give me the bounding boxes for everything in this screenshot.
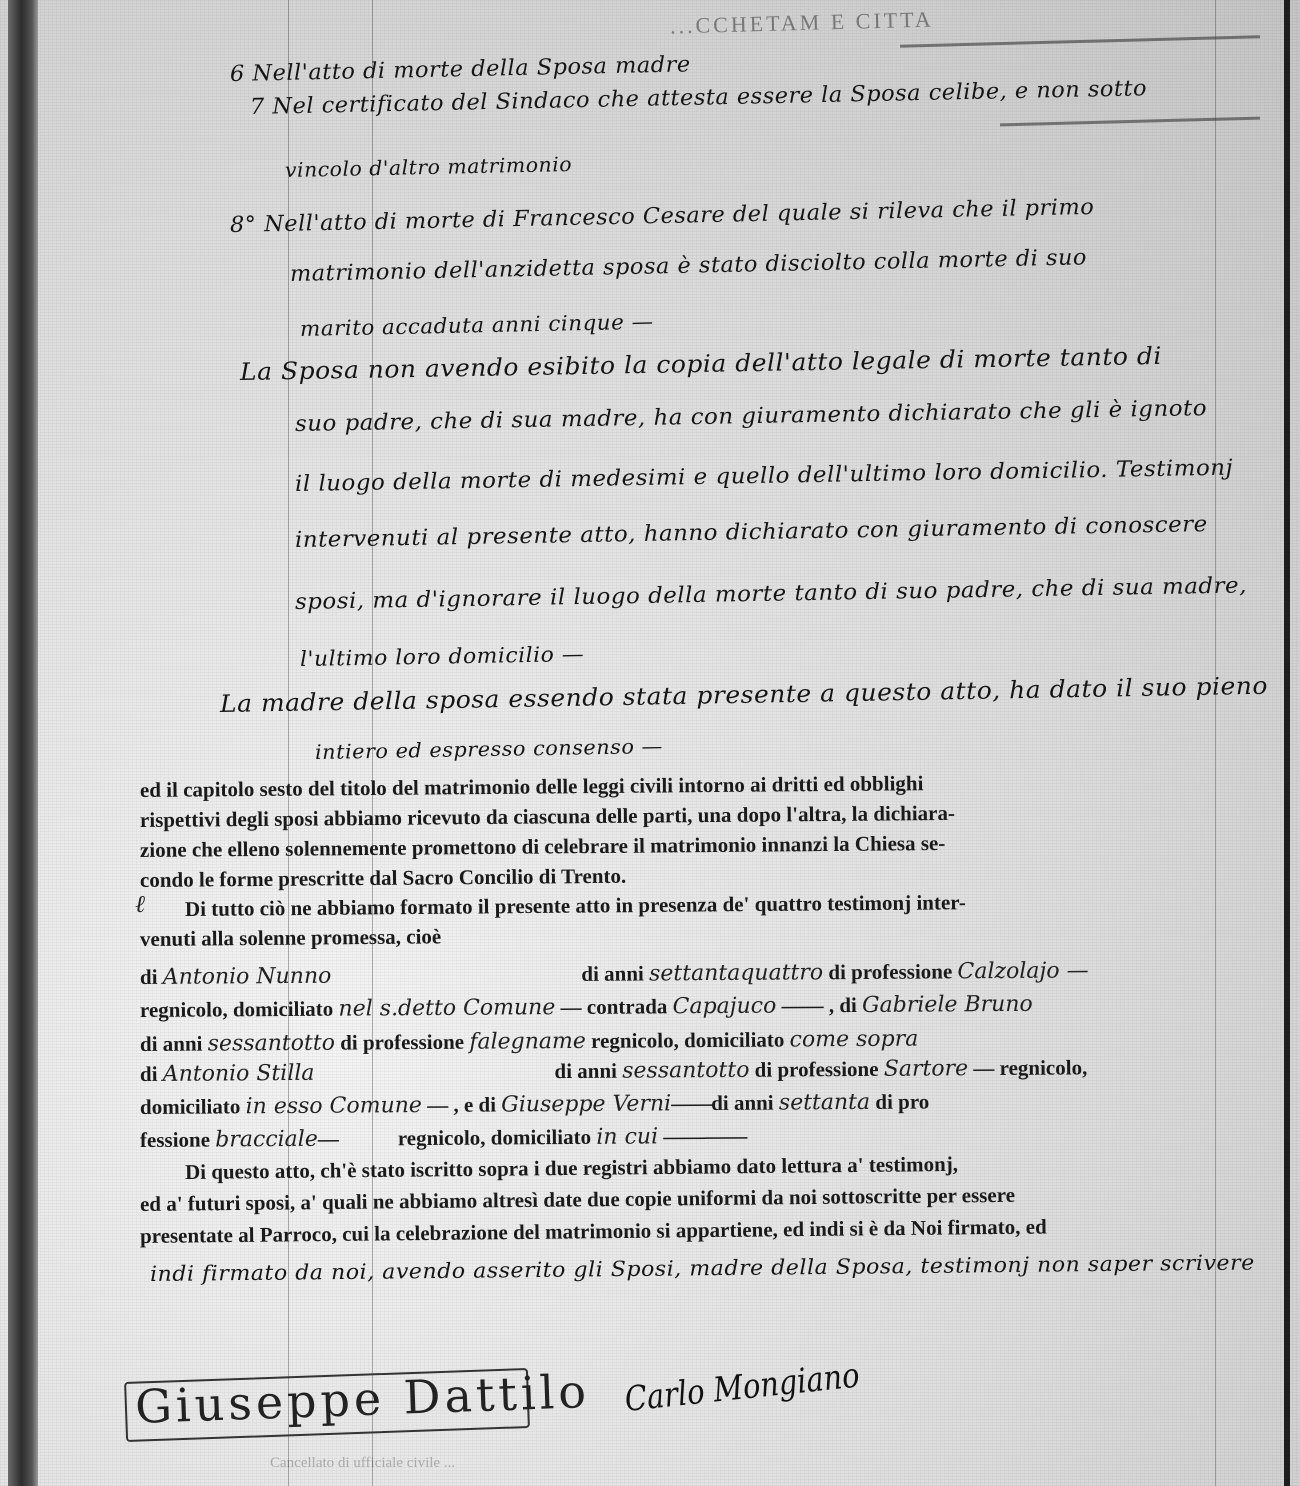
printed-line-p1: ed il capitolo sesto del titolo del matr… bbox=[140, 771, 924, 803]
margin-mark: ℓ bbox=[135, 890, 145, 919]
handwritten-fill: in esso Comune bbox=[245, 1093, 422, 1119]
printed-label bbox=[315, 1078, 555, 1080]
printed-label: ———— bbox=[658, 1124, 747, 1149]
ink-stroke bbox=[1000, 117, 1260, 127]
faded-footer-print: Cancellato di ufficiale civile ... bbox=[270, 1455, 455, 1472]
signature-carlo-mongiano: Carlo Mongiano bbox=[623, 1355, 861, 1419]
printed-line-p5: Di tutto ciò ne abbiamo formato il prese… bbox=[185, 890, 966, 922]
witness-line: fessione bracciale —regnicolo, domicilia… bbox=[140, 1124, 747, 1153]
handwritten-fill: in cui bbox=[596, 1124, 658, 1149]
witness-line: domiciliato in esso Comune — , e di Gius… bbox=[140, 1089, 929, 1120]
printed-label: di professione bbox=[823, 959, 958, 984]
printed-label: di professione bbox=[749, 1057, 884, 1082]
book-binding-left bbox=[8, 0, 38, 1486]
handwritten-fill: settanta bbox=[779, 1090, 870, 1116]
handwritten-line-para-1-l2: suo padre, che di sua madre, ha con giur… bbox=[295, 396, 1207, 437]
printed-label: di anni bbox=[554, 1059, 622, 1083]
handwritten-fill: sessantotto bbox=[208, 1031, 335, 1057]
printed-line-p3: zione che elleno solennemente promettono… bbox=[140, 831, 945, 863]
witness-line: di Antonio Nunnodi anni settantaquattro … bbox=[140, 958, 1089, 990]
printed-closing-line-c3: ed a' futuri sposi, a' quali ne abbiamo … bbox=[140, 1183, 1015, 1217]
printed-closing-line-c2: Di questo atto, ch'è stato iscritto sopr… bbox=[185, 1152, 958, 1185]
printed-label: di pro bbox=[870, 1089, 929, 1113]
printed-label: di anni bbox=[140, 1032, 208, 1056]
handwritten-line-item-8b: matrimonio dell'anzidetta sposa è stato … bbox=[290, 245, 1087, 287]
witness-line: di Antonio Stilladi anni sessantotto di … bbox=[140, 1055, 1087, 1087]
printed-label: —— bbox=[671, 1091, 711, 1116]
witness-line: regnicolo, domiciliato nel s.detto Comun… bbox=[140, 992, 1033, 1023]
handwritten-line-item-8c: marito accaduta anni cinque — bbox=[300, 310, 654, 341]
printed-label: di professione bbox=[335, 1030, 470, 1055]
printed-label: — , e di bbox=[422, 1092, 502, 1117]
printed-label: fessione bbox=[140, 1127, 215, 1152]
printed-label: di anni bbox=[711, 1091, 779, 1115]
handwritten-line-item-6: 6 Nell'atto di morte della Sposa madre bbox=[230, 52, 691, 87]
handwritten-fill: Antonio Nunno bbox=[163, 964, 332, 990]
handwritten-line-item-8: 8° Nell'atto di morte di Francesco Cesar… bbox=[230, 195, 1095, 238]
printed-label: domiciliato bbox=[140, 1094, 246, 1119]
page-edge-right bbox=[1284, 0, 1290, 1486]
handwritten-line-para-1-l5: sposi, ma d'ignorare il luogo della mort… bbox=[295, 573, 1247, 615]
handwritten-fill: settantaquattro bbox=[649, 960, 823, 986]
handwritten-line-para-2-l2: intiero ed espresso consenso — bbox=[315, 734, 663, 764]
handwritten-fill: falegname bbox=[469, 1029, 586, 1055]
printed-label: —— , di bbox=[776, 993, 862, 1018]
ink-stroke bbox=[900, 35, 1260, 47]
printed-line-p2: rispettivi degli sposi abbiamo ricevuto … bbox=[140, 801, 955, 833]
handwritten-fill: Calzolajo — bbox=[957, 958, 1088, 984]
printed-line-p6: venuti alla solenne promessa, cioè bbox=[140, 924, 441, 952]
printed-label: di bbox=[140, 1062, 163, 1086]
handwritten-fill: bracciale bbox=[215, 1127, 318, 1153]
handwritten-fill: Capajuco bbox=[672, 994, 776, 1020]
printed-label bbox=[331, 981, 581, 983]
handwritten-fill: Giuseppe Verni bbox=[501, 1091, 671, 1117]
printed-label: regnicolo, domiciliato bbox=[140, 997, 339, 1022]
printed-label: di anni bbox=[581, 961, 649, 985]
printed-line-p4: condo le forme prescritte dal Sacro Conc… bbox=[140, 864, 626, 893]
printed-closing-line-c4: presentate al Parroco, cui la celebrazio… bbox=[140, 1215, 1047, 1249]
handwritten-line-para-1-l1: La Sposa non avendo esibito la copia del… bbox=[240, 342, 1162, 386]
handwritten-line-para-1-l3: il luogo della morte di medesimi e quell… bbox=[295, 456, 1234, 497]
printed-label: — bbox=[318, 1126, 398, 1152]
witness-line: di anni sessantotto di professione faleg… bbox=[140, 1027, 918, 1057]
handwritten-fill: Gabriele Bruno bbox=[862, 992, 1033, 1018]
printed-label: regnicolo, domiciliato bbox=[586, 1027, 790, 1052]
handwritten-fill: come sopra bbox=[790, 1027, 919, 1053]
handwritten-fill: Antonio Stilla bbox=[163, 1061, 315, 1087]
handwritten-closing-line: indi firmato da noi, avendo asserito gli… bbox=[150, 1250, 1255, 1286]
handwritten-fill: nel s.detto Comune bbox=[338, 995, 555, 1022]
handwritten-fill: sessantotto bbox=[622, 1058, 749, 1084]
printed-label: di bbox=[140, 965, 163, 989]
header-print: ...CCHETAM E CITTA bbox=[670, 7, 934, 40]
register-page: ...CCHETAM E CITTA 6 Nell'atto di morte … bbox=[0, 0, 1300, 1486]
handwritten-fill: Sartore bbox=[884, 1056, 969, 1082]
printed-label: regnicolo, domiciliato bbox=[398, 1125, 597, 1150]
printed-label: — contrada bbox=[555, 994, 672, 1019]
handwritten-line-item-7b: vincolo d'altro matrimonio bbox=[285, 152, 573, 182]
handwritten-line-para-1-l4: intervenuti al presente atto, hanno dich… bbox=[295, 512, 1208, 553]
handwritten-line-para-2-l1: La madre della sposa essendo stata prese… bbox=[220, 672, 1268, 718]
handwritten-line-para-1-l6: l'ultimo loro domicilio — bbox=[300, 642, 585, 671]
printed-label: — regnicolo, bbox=[968, 1055, 1087, 1080]
